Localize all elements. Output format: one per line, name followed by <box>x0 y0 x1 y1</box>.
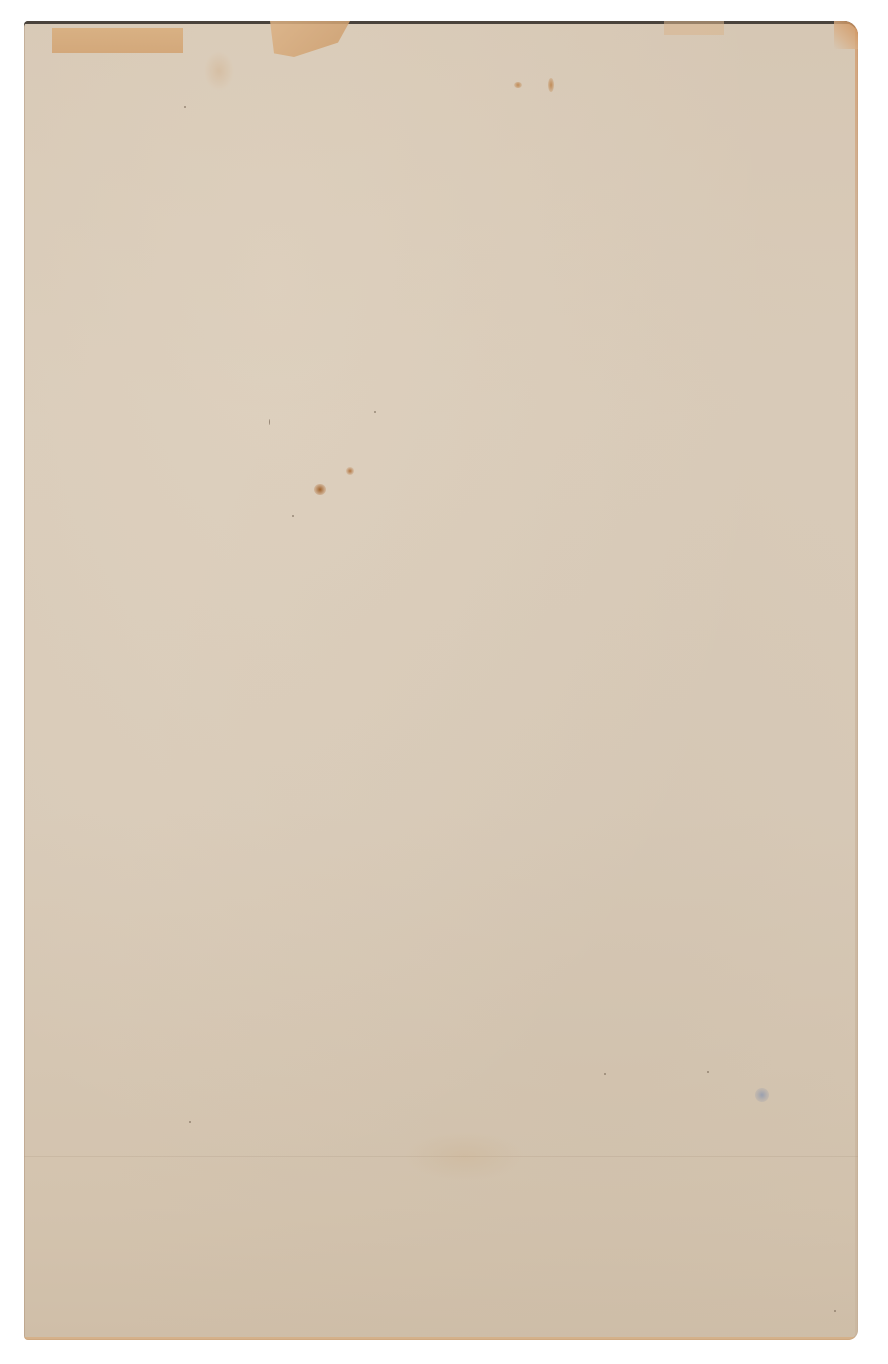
speck <box>834 1310 836 1312</box>
speck <box>184 106 186 108</box>
worn-corner <box>834 21 858 49</box>
discoloration-patch <box>404 1131 524 1181</box>
tape-remnant-torn <box>270 21 350 57</box>
foxing-spot <box>346 467 354 475</box>
card-right-edge <box>855 21 858 1340</box>
card-bottom-edge <box>24 1337 858 1340</box>
foxing-spot <box>548 78 554 92</box>
card-top-edge <box>24 21 858 24</box>
speck <box>604 1073 606 1075</box>
foxing-spot <box>514 82 522 88</box>
foxing-spot <box>314 484 326 495</box>
speck <box>707 1071 709 1073</box>
tape-remnant-left <box>52 28 183 53</box>
cabinet-card-back <box>24 21 858 1340</box>
photo-background <box>0 0 888 1364</box>
blue-gray-mark <box>755 1088 769 1102</box>
speck <box>292 515 294 517</box>
tape-residue-right <box>664 21 724 35</box>
speck <box>374 411 376 413</box>
speck <box>189 1121 191 1123</box>
speck <box>269 419 270 425</box>
discoloration-patch <box>204 51 234 91</box>
